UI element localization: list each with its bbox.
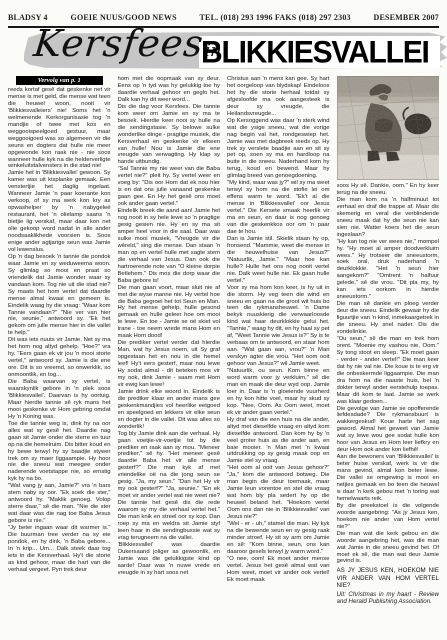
page-number-label: BLADSY 4 [8,13,48,22]
article-paragraph: "Hy kan tog nie ver wees nie," mompel hy… [337,239,440,302]
contact-info: TEL. (018) 293 1996 FAKS (018) 297 2303 [200,13,351,22]
article-paragraph: Eindelik breek die aand aan! Jamie het n… [118,208,221,284]
column-1-text: reeds kortaf gesê dat geskenke net vir m… [8,87,111,574]
article-paragraph: Die gevolge van Jamie se opofferende lie… [337,406,440,455]
continued-from-page-banner: Vervolg van p. 1 [16,76,103,85]
article-paragraph: Die man kom na 'n halfminuut tot verhaal… [337,197,440,239]
article-paragraph: "Sal Tannie my nie weer van die Baba ver… [118,166,221,208]
article-paragraph: "Het oom al ooit van Jesus gehoor?" "Ja,… [227,465,330,521]
article-column-4: soos Hy sê. Dankie, oom." En hy keer ter… [337,76,440,632]
article-body: Vervolg van p. 1 reeds kortaf gesê dat g… [8,76,439,632]
article-paragraph: "Ou seun," sê die man en trek hom orent.… [337,336,440,406]
article-paragraph: reeds kortaf gesê dat geskenke net vir m… [8,87,111,170]
article-paragraph: Die man wat die kerk gebou en die woorde… [337,531,440,566]
article-paragraph: "O nee, oom! Ek moet ander mense vertel.… [227,556,330,584]
article-paragraph: soos Hy sê. Dankie, oom." En hy keer ter… [337,183,440,197]
boy-in-snow-illustration [337,76,440,180]
article-paragraph: By die preekstoel is die volgende woorde… [337,503,440,531]
article-paragraph: "Wel - er - uh," stamel die man. Hy kyk … [227,521,330,556]
article-paragraph: "Jy beter ingaan waar dit warmer is." Di… [8,525,111,574]
article-masthead: Kersfeesin BLIKKIESVALLEI [0,29,447,71]
source-attribution: Uit: Christmas in my haart - Review and … [337,591,440,605]
article-paragraph: Tog bly Jamie dink aan die verhaal. Hy g… [118,431,221,542]
article-paragraph: Dan is Jamie stil. Skielik staan hy op, … [227,236,330,285]
article-paragraph: Hy draf van die een huis na die ander, a… [227,417,330,466]
article-paragraph: Voor sy ma hom kon keer, is hy uit in di… [227,285,330,368]
article-paragraph: Die Baba waarvan sy vertel, is waarskynl… [8,379,111,421]
article-paragraph: Die man sê dankie en ploeg verder deur d… [337,301,440,336]
article-paragraph: Op Kersoggend was daar 'n sterk wind wat… [227,118,330,181]
article-paragraph: Die man gaan voort, maar sluit nie af me… [118,285,221,341]
script-word: Kersfees [32,22,206,65]
column-2-text: hom met die oopmaak van sy deur. Eens op… [118,76,221,577]
article-paragraph: Dis die dag voor Kersfees. Die tannie ko… [118,104,221,167]
article-paragraph: 'Blikkiesvallei' was daardie Oukersaand … [118,542,221,577]
article-paragraph: Die prediker vertel verder dat hierdie M… [118,340,221,389]
masthead-script-title: Kersfeesin [32,22,225,65]
article-paragraph: Jamie het in 'Blikkiesvallei' gewoon. Sy… [8,170,111,253]
article-paragraph: Aan die bewoners van 'Blikkiesvallei' is… [337,454,440,503]
article-paragraph: "My kind, waar was jy?" wil sy ma weet t… [227,180,330,236]
article-paragraph: "Wat vang jy aan, Jamie?" vra 'n bars st… [8,483,111,525]
article-column-1: Vervolg van p. 1 reeds kortaf gesê dat g… [8,76,111,632]
newspaper-name: GOEIE NUUS/GOOD NEWS [71,13,177,22]
article-paragraph: Op 'n dag besoek 'n tannie die pondok wa… [8,254,111,337]
article-column-3: Christus aan 'n mens kan gee. Sy hart he… [227,76,330,632]
article-column-2: hom met die oopmaak van sy deur. Eens op… [118,76,221,632]
article-paragraph: Christus aan 'n mens kan gee. Sy hart he… [227,76,330,118]
masthead-main-title: BLIKKIESVALLEI [201,35,440,71]
column-3-text: Christus aan 'n mens kan gee. Sy hart he… [227,76,330,584]
issue-date: DESEMBER 2007 [373,13,439,22]
article-paragraph: hom met die oopmaak van sy deur. Eens op… [118,76,221,104]
article-paragraph: Dit was iets nuuts vir Jamie. Net sy ma … [8,337,111,379]
article-paragraph: "Natuurlik, ou seun. Kom binne en word w… [227,368,330,417]
article-paragraph: Jamie drink elke woord in. Eindelik is d… [118,389,221,431]
column-4-text: soos Hy sê. Dankie, oom." En hy keer ter… [337,183,440,565]
article-paragraph: Toe die tannie weg is, dink hy na oor al… [8,421,111,484]
closing-message: AS JY JESUS KEN, HOEKOM NIE VIR ANDER VA… [337,567,440,589]
